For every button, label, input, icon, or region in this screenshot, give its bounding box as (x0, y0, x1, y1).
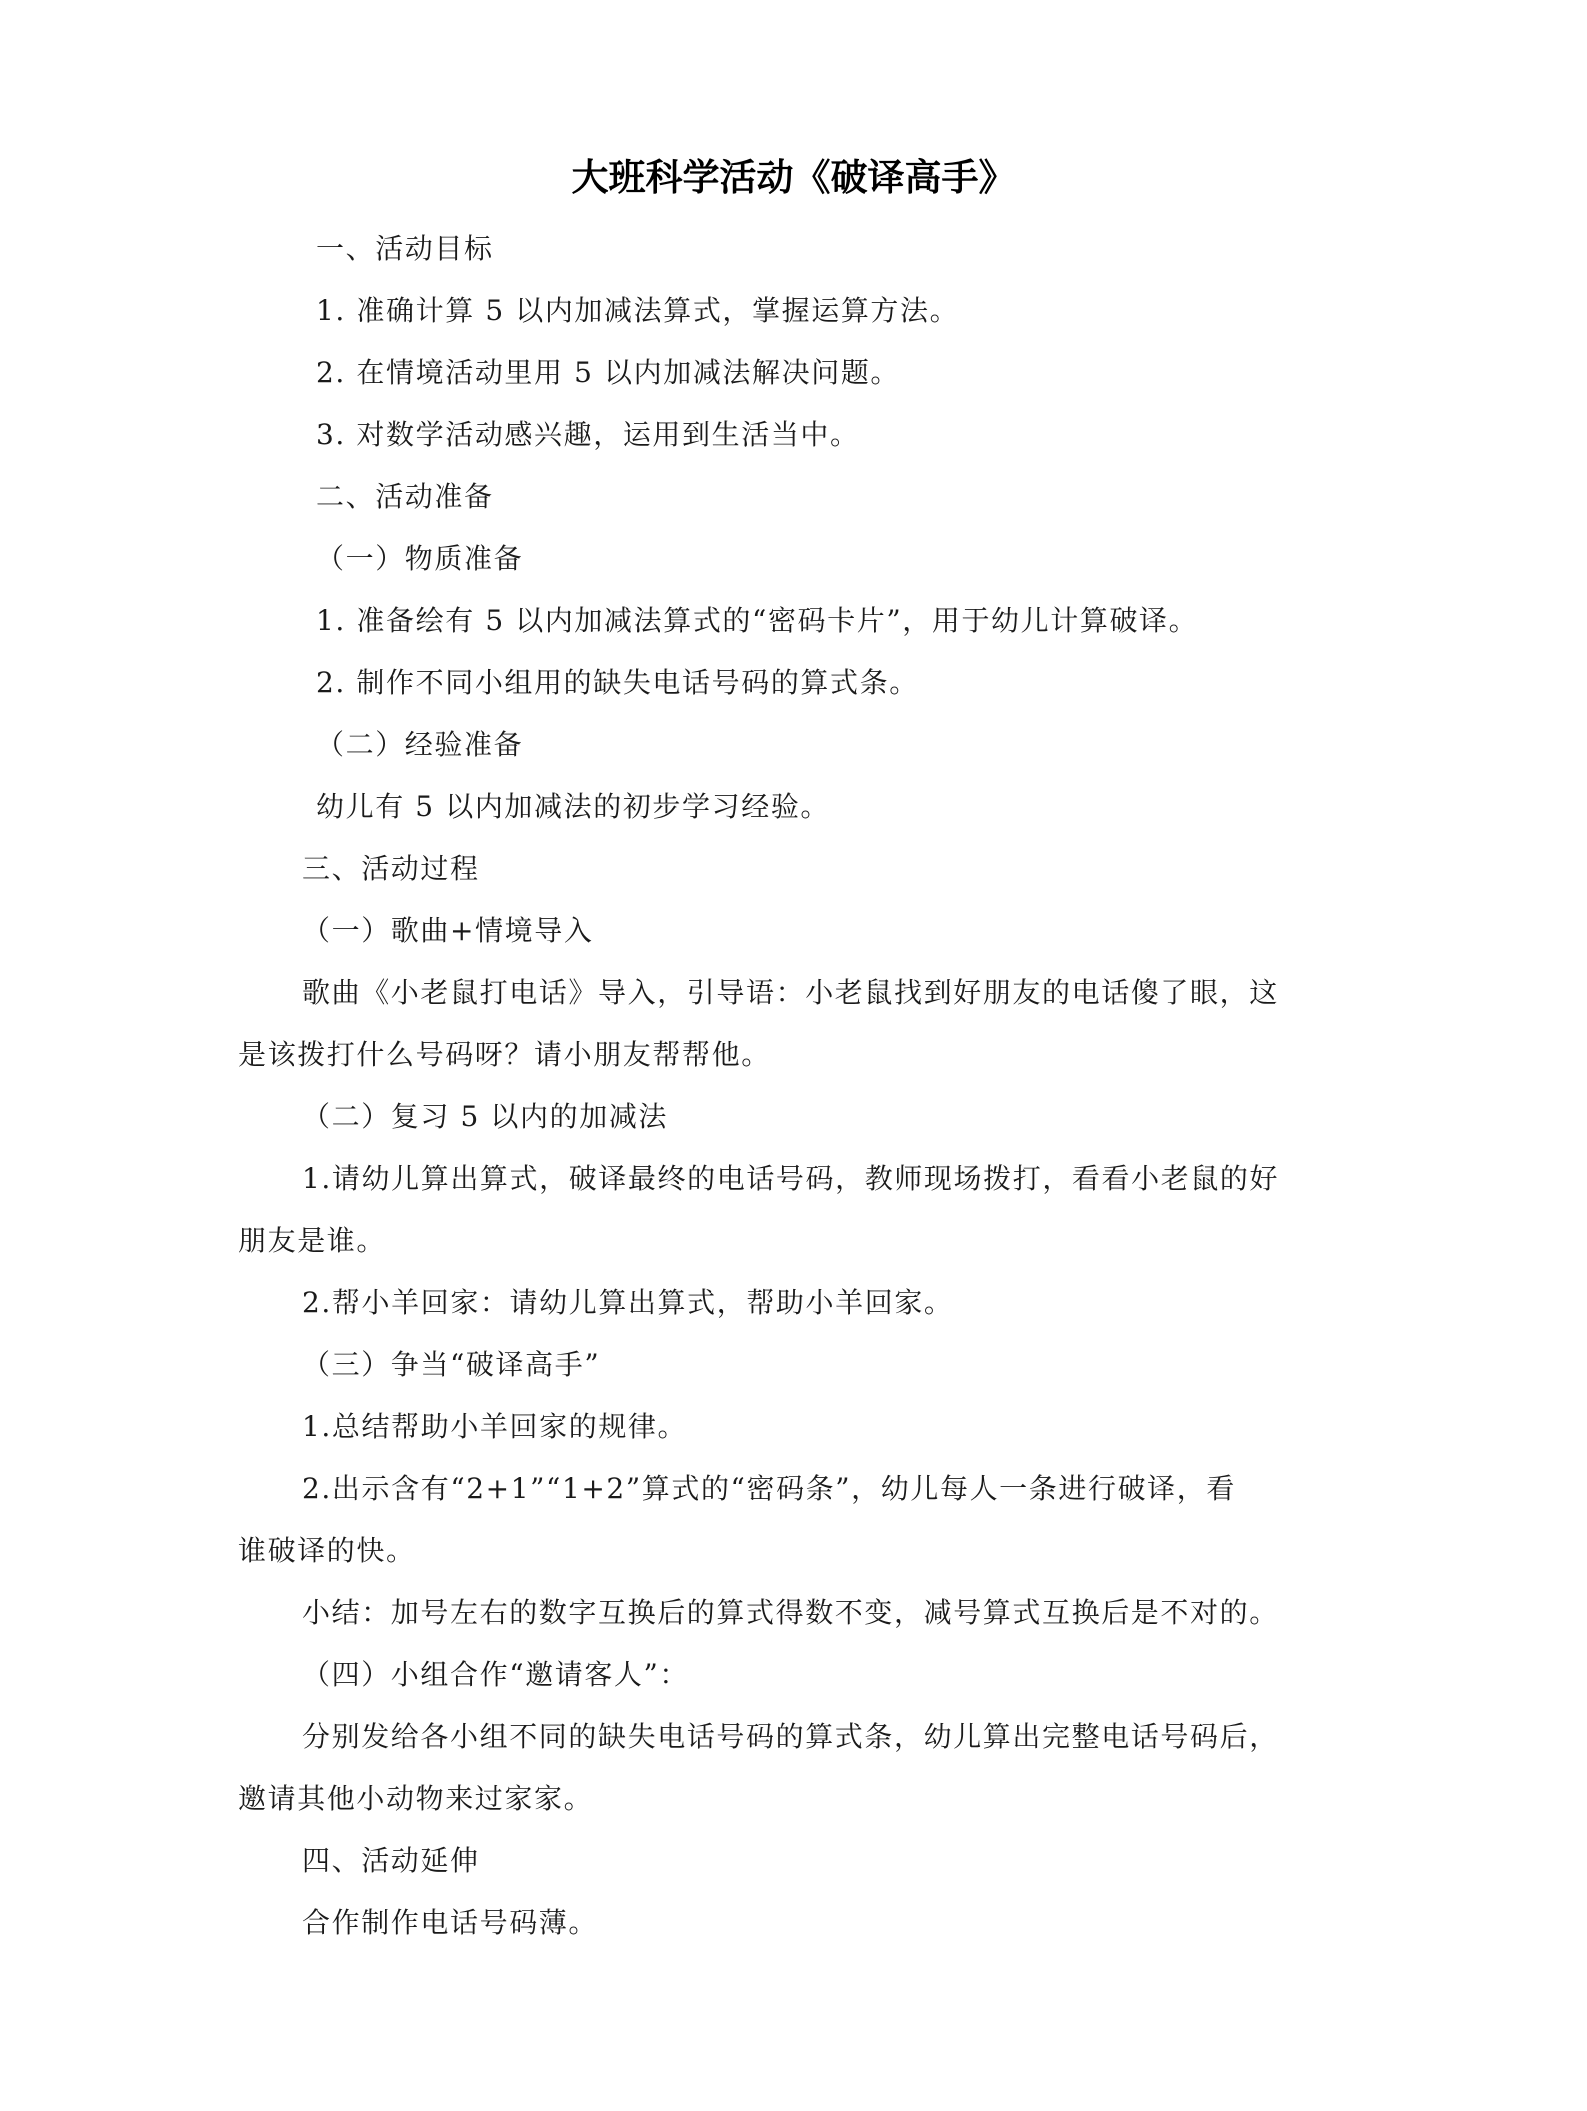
review-item-1-line-2: 朋友是谁。 (238, 1221, 386, 1261)
group-invite-line-2: 邀请其他小动物来过家家。 (238, 1779, 593, 1819)
subheading-review: （二）复习 5 以内的加减法 (302, 1097, 668, 1137)
experience-text: 幼儿有 5 以内加减法的初步学习经验。 (316, 787, 830, 827)
paragraph-song-line-2: 是该拨打什么号码呀？请小朋友帮帮他。 (238, 1035, 771, 1075)
subheading-song-intro: （一）歌曲+情境导入 (302, 911, 593, 951)
decoder-item-2-line-1: 2.出示含有“2+1”“1+2”算式的“密码条”，幼儿每人一条进行破译，看 (302, 1469, 1236, 1509)
heading-extension: 四、活动延伸 (302, 1841, 480, 1881)
paragraph-song-line-1: 歌曲《小老鼠打电话》导入，引导语：小老鼠找到好朋友的电话傻了眼，这 (302, 973, 1279, 1013)
summary-text: 小结：加号左右的数字互换后的算式得数不变，减号算式互换后是不对的。 (302, 1593, 1279, 1633)
subheading-experience-prep: （二）经验准备 (316, 725, 523, 765)
material-item-1: 1. 准备绘有 5 以内加减法算式的“密码卡片”，用于幼儿计算破译。 (316, 601, 1198, 641)
heading-goals: 一、活动目标 (316, 229, 494, 269)
document-page: 大班科学活动《破译高手》 一、活动目标 1. 准确计算 5 以内加减法算式，掌握… (0, 0, 1587, 2111)
review-item-1-line-1: 1.请幼儿算出算式，破译最终的电话号码，教师现场拨打，看看小老鼠的好 (302, 1159, 1279, 1199)
extension-text: 合作制作电话号码薄。 (302, 1903, 598, 1943)
review-item-2: 2.帮小羊回家：请幼儿算出算式，帮助小羊回家。 (302, 1283, 954, 1323)
heading-preparation: 二、活动准备 (316, 477, 494, 517)
goal-item-2: 2. 在情境活动里用 5 以内加减法解决问题。 (316, 353, 900, 393)
subheading-group-invite: （四）小组合作“邀请客人”： (302, 1655, 689, 1695)
subheading-material-prep: （一）物质准备 (316, 539, 523, 579)
group-invite-line-1: 分别发给各小组不同的缺失电话号码的算式条，幼儿算出完整电话号码后， (302, 1717, 1279, 1757)
subheading-decoder: （三）争当“破译高手” (302, 1345, 600, 1385)
heading-process: 三、活动过程 (302, 849, 480, 889)
decoder-item-1: 1.总结帮助小羊回家的规律。 (302, 1407, 687, 1447)
material-item-2: 2. 制作不同小组用的缺失电话号码的算式条。 (316, 663, 919, 703)
goal-item-1: 1. 准确计算 5 以内加减法算式，掌握运算方法。 (316, 291, 959, 331)
goal-item-3: 3. 对数学活动感兴趣，运用到生活当中。 (316, 415, 860, 455)
document-title: 大班科学活动《破译高手》 (0, 152, 1587, 204)
decoder-item-2-line-2: 谁破译的快。 (238, 1531, 416, 1571)
